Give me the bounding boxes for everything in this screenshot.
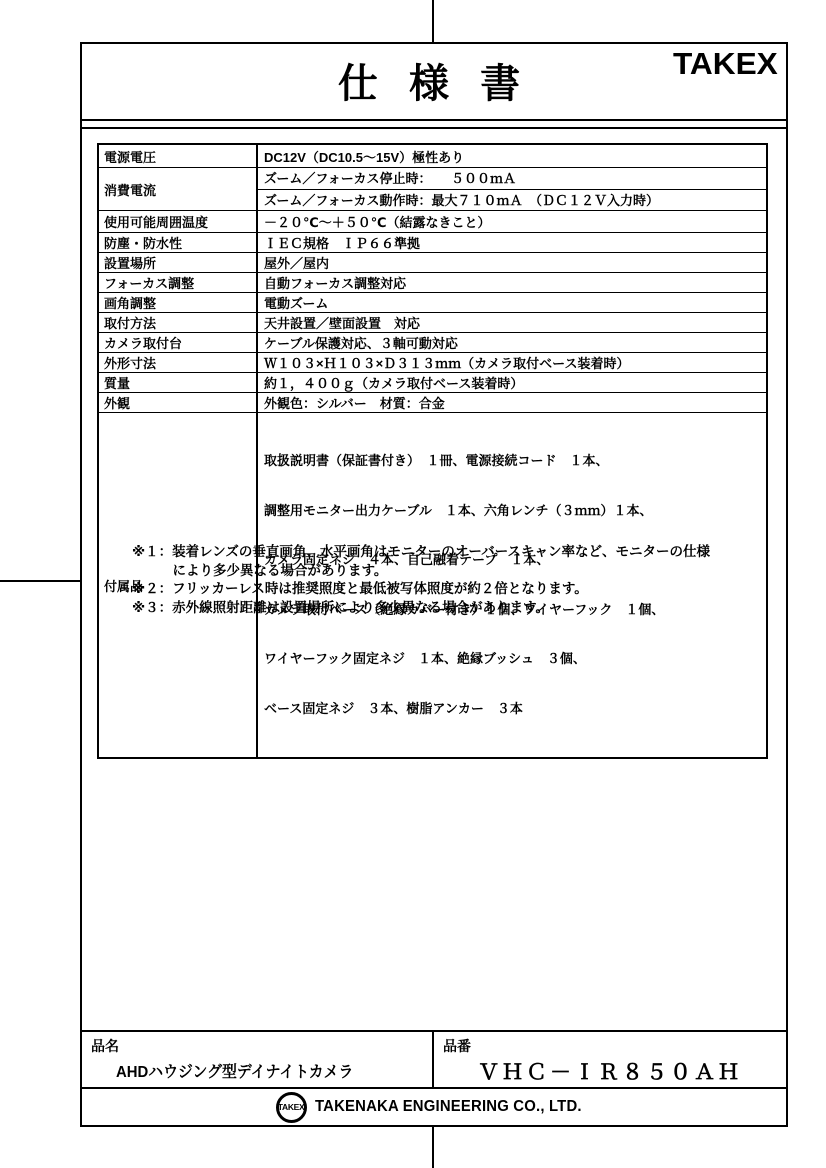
spec-row-external-dimensions: 外形寸法 Ｗ１０３×Ｈ１０３×Ｄ３１３ｍｍ（カメラ取付ベース装着時） (99, 352, 766, 372)
footnote-3: ※３：赤外線照射距離は設置場所により多少異なる場合があります。 (132, 599, 710, 618)
spec-label: 質量 (99, 373, 258, 392)
product-number-value: ＶＨＣ－ＩＲ８５０ＡＨ (434, 1056, 786, 1086)
accessories-line: 調整用モニター出力ケーブル １本、六角レンチ（３ｍｍ）１本、 (264, 503, 760, 520)
accessories-line: ベース固定ネジ ３本、樹脂アンカー ３本 (264, 701, 760, 718)
spec-row-camera-mount: カメラ取付台 ケーブル保護対応、３軸可動対応 (99, 332, 766, 352)
spec-row-appearance: 外観 外観色：シルバー 材質：合金 (99, 392, 766, 412)
spec-value: DC12V（DC10.5～15V）極性あり (258, 145, 766, 167)
product-number-cell: 品番 ＶＨＣ－ＩＲ８５０ＡＨ (434, 1032, 786, 1087)
footnote-1-continued: により多少異なる場合があります。 (132, 562, 710, 581)
spec-label: 使用可能周囲温度 (99, 211, 258, 232)
product-info-row: 品名 AHDハウジング型デイナイトカメラ 品番 ＶＨＣ－ＩＲ８５０ＡＨ (82, 1030, 786, 1087)
spec-row-mounting-method: 取付方法 天井設置／壁面設置 対応 (99, 312, 766, 332)
accessories-line: 取扱説明書（保証書付き） １冊、電源接続コード １本、 (264, 453, 760, 470)
product-name-value: AHDハウジング型デイナイトカメラ (116, 1059, 353, 1082)
spec-label: カメラ取付台 (99, 333, 258, 352)
takex-circle-logo-text: TAKEX (278, 1102, 305, 1112)
crop-mark-left (0, 580, 80, 582)
spec-row-ambient-temperature: 使用可能周囲温度 －２０℃～＋５０℃（結露なきこと） (99, 210, 766, 232)
spec-label: 外形寸法 (99, 353, 258, 372)
spec-label: 防塵・防水性 (99, 233, 258, 252)
takex-circle-logo: TAKEX (276, 1092, 307, 1123)
takex-wordmark-logo: TAKEX (673, 46, 778, 82)
spec-value: 電動ズーム (258, 293, 766, 312)
spec-value-line: ズーム／フォーカス動作時：最大７１０ｍＡ （ＤＣ１２Ｖ入力時） (258, 189, 766, 210)
spec-row-weight: 質量 約１，４００ｇ（カメラ取付ベース装着時） (99, 372, 766, 392)
crop-mark-top (432, 0, 434, 42)
document-frame: 仕 様 書 TAKEX 電源電圧 DC12V（DC10.5～15V）極性あり 消… (80, 42, 788, 1127)
spec-value: ケーブル保護対応、３軸可動対応 (258, 333, 766, 352)
spec-row-dust-water-resistance: 防塵・防水性 ＩＥＣ規格 ＩＰ６６準拠 (99, 232, 766, 252)
spec-label: フォーカス調整 (99, 273, 258, 292)
spec-value: Ｗ１０３×Ｈ１０３×Ｄ３１３ｍｍ（カメラ取付ベース装着時） (258, 353, 766, 372)
spec-value: ＩＥＣ規格 ＩＰ６６準拠 (258, 233, 766, 252)
company-name: TAKENAKA ENGINEERING CO., LTD. (315, 1098, 582, 1116)
spec-label: 外観 (99, 393, 258, 412)
spec-label: 画角調整 (99, 293, 258, 312)
spec-row-current-consumption: 消費電流 ズーム／フォーカス停止時： ５００ｍＡ ズーム／フォーカス動作時：最大… (99, 167, 766, 210)
spec-row-power-voltage: 電源電圧 DC12V（DC10.5～15V）極性あり (99, 145, 766, 167)
spec-table: 電源電圧 DC12V（DC10.5～15V）極性あり 消費電流 ズーム／フォーカ… (97, 143, 768, 759)
footnotes: ※１：装着レンズの垂直画角、水平画角はモニターのオーバースキャン率など、モニター… (132, 543, 710, 617)
spec-value: 約１，４００ｇ（カメラ取付ベース装着時） (258, 373, 766, 392)
company-footer: TAKEX TAKENAKA ENGINEERING CO., LTD. (82, 1087, 786, 1125)
spec-label: 取付方法 (99, 313, 258, 332)
spec-value: 自動フォーカス調整対応 (258, 273, 766, 292)
spec-value: 外観色：シルバー 材質：合金 (258, 393, 766, 412)
product-number-label: 品番 (443, 1036, 471, 1056)
crop-mark-bottom (432, 1125, 434, 1168)
spec-row-installation-location: 設置場所 屋外／屋内 (99, 252, 766, 272)
spec-value: 天井設置／壁面設置 対応 (258, 313, 766, 332)
footnote-1: ※１：装着レンズの垂直画角、水平画角はモニターのオーバースキャン率など、モニター… (132, 543, 710, 562)
product-name-cell: 品名 AHDハウジング型デイナイトカメラ (82, 1032, 434, 1087)
footnote-2: ※２：フリッカーレス時は推奨照度と最低被写体照度が約２倍となります。 (132, 580, 710, 599)
document-header: 仕 様 書 TAKEX (82, 44, 786, 121)
spec-label: 消費電流 (99, 168, 258, 210)
spec-value-group: ズーム／フォーカス停止時： ５００ｍＡ ズーム／フォーカス動作時：最大７１０ｍＡ… (258, 168, 766, 210)
spec-value-line: ズーム／フォーカス停止時： ５００ｍＡ (258, 168, 766, 189)
accessories-line: ワイヤーフック固定ネジ １本、絶縁ブッシュ ３個、 (264, 651, 760, 668)
spec-label: 設置場所 (99, 253, 258, 272)
header-divider-line (82, 127, 786, 129)
spec-value: －２０℃～＋５０℃（結露なきこと） (258, 211, 766, 232)
spec-value: 屋外／屋内 (258, 253, 766, 272)
spec-row-view-angle-adjustment: 画角調整 電動ズーム (99, 292, 766, 312)
product-name-label: 品名 (91, 1036, 119, 1056)
spec-row-focus-adjustment: フォーカス調整 自動フォーカス調整対応 (99, 272, 766, 292)
spec-label: 電源電圧 (99, 145, 258, 167)
